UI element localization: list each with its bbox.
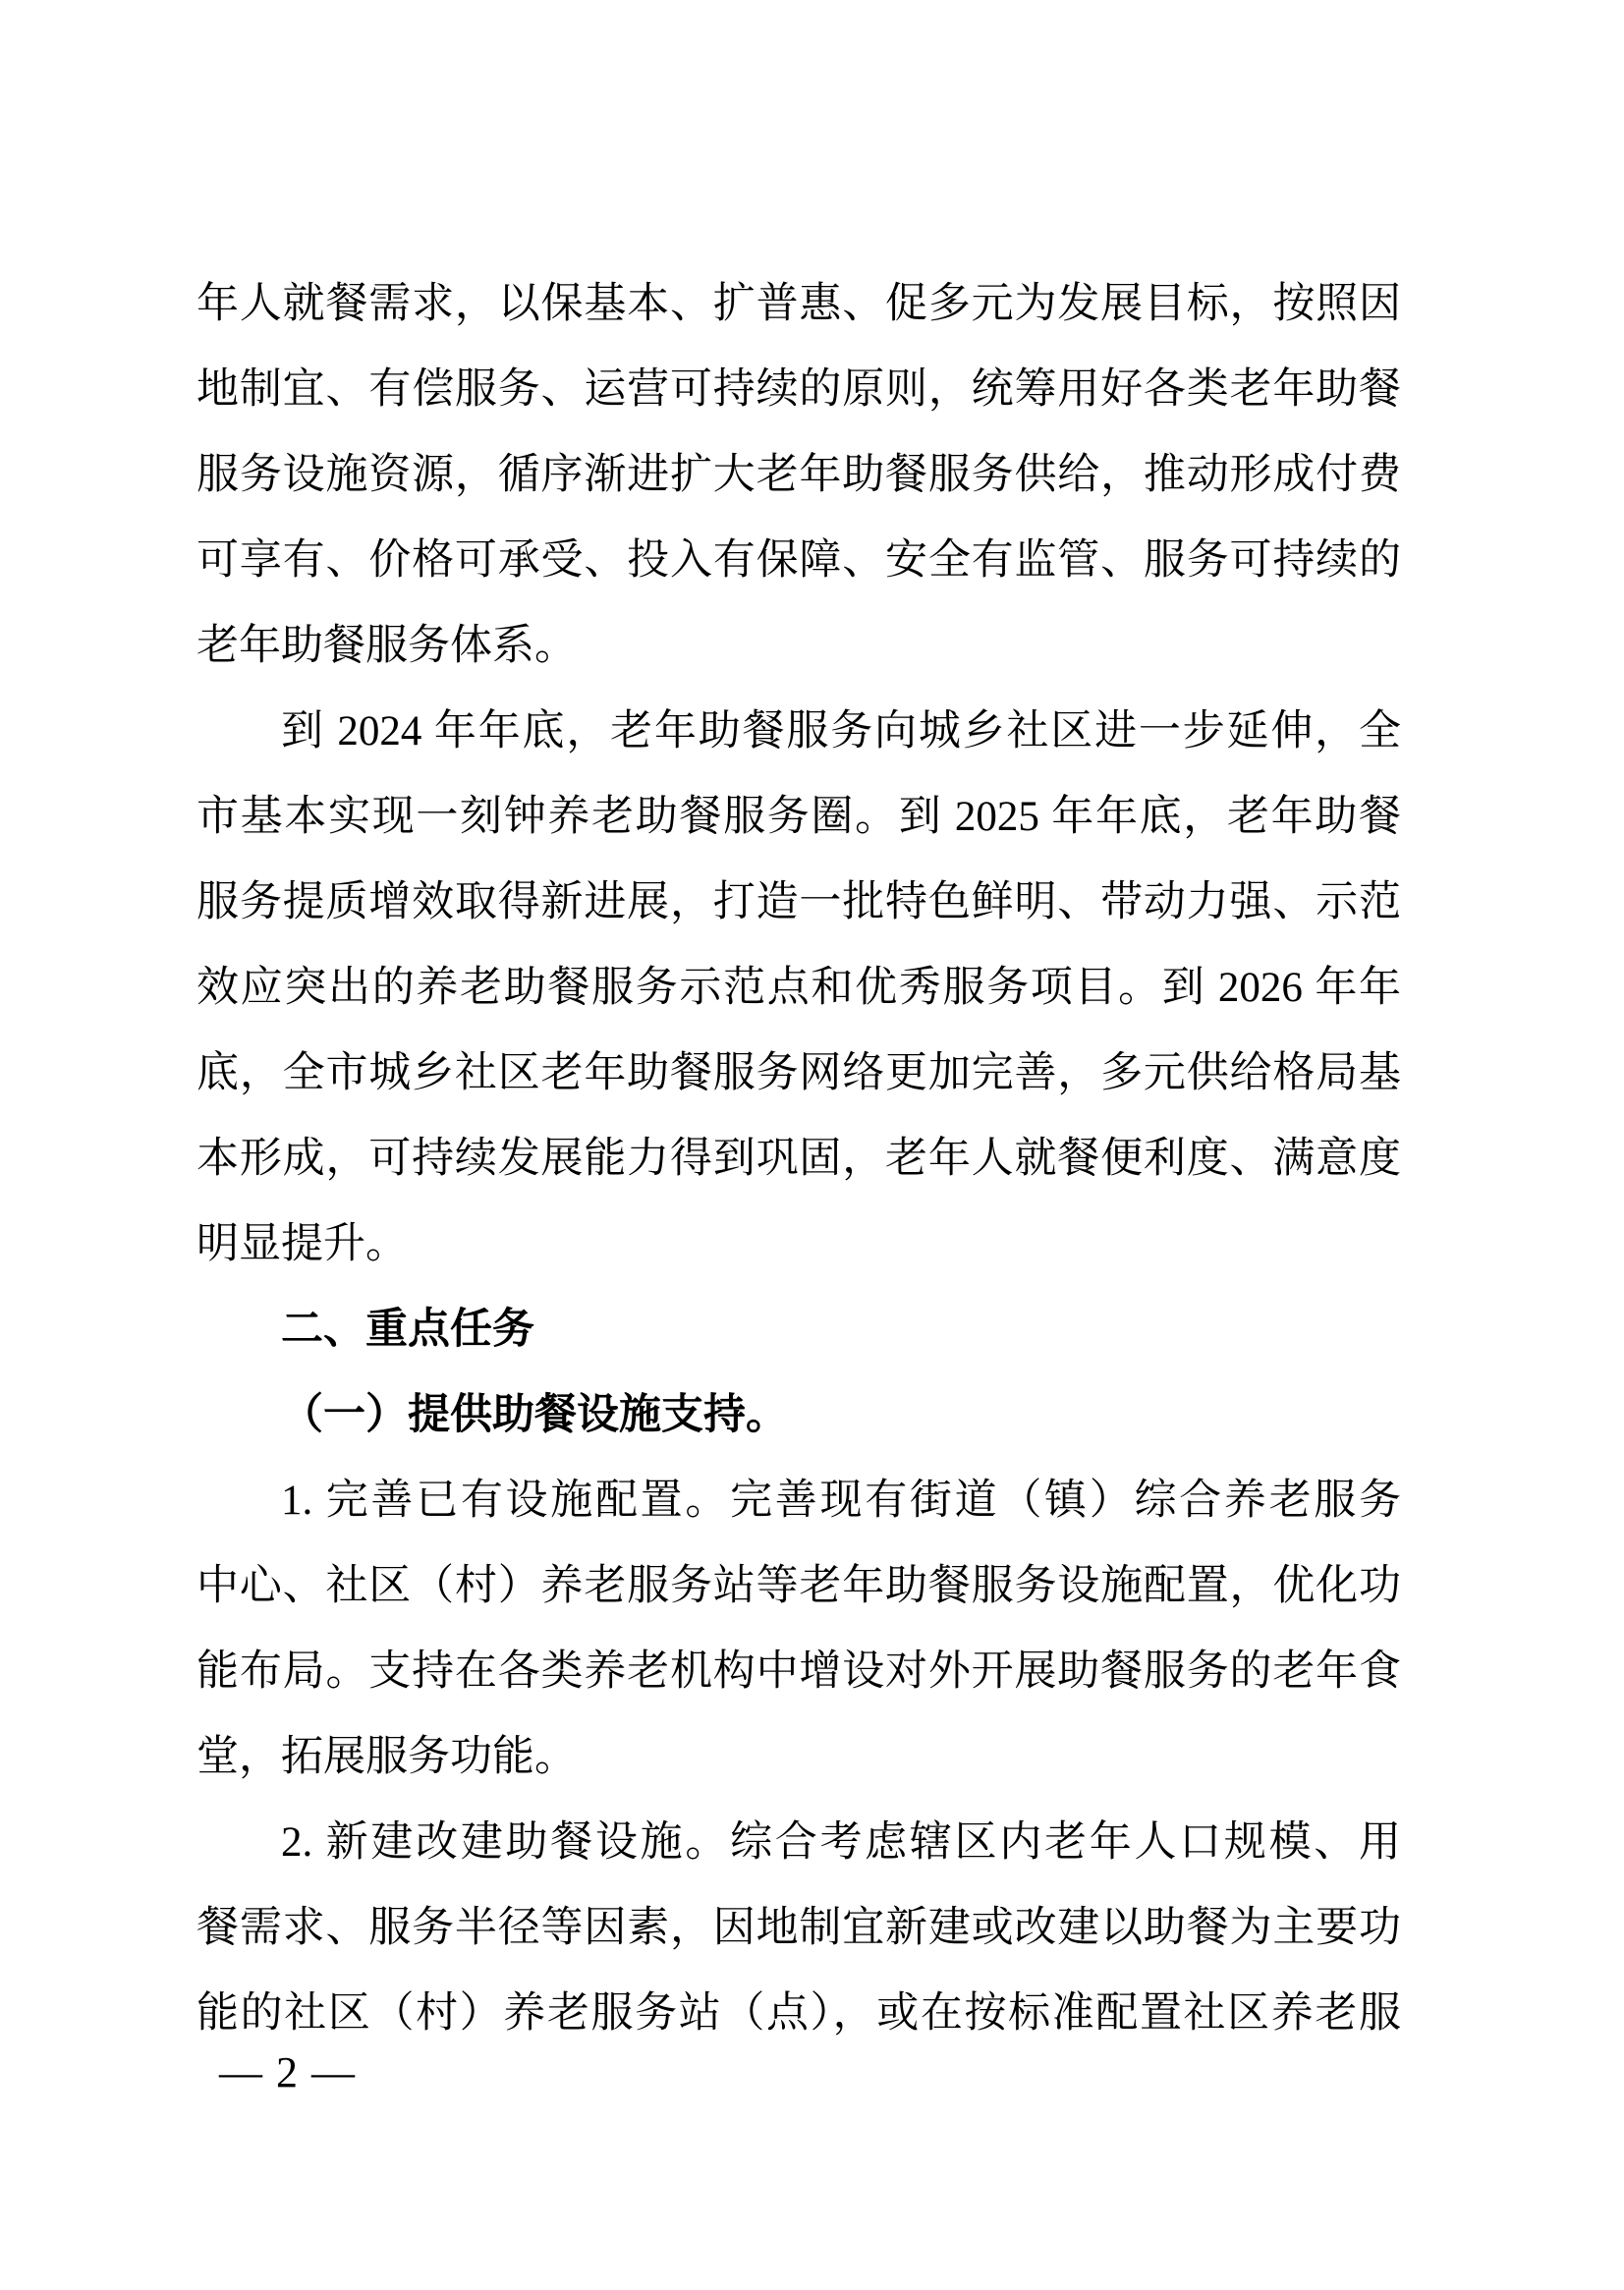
paragraph: 到 2024 年年底，老年助餐服务向城乡社区进一步延伸，全市基本实现一刻钟养老助… xyxy=(196,689,1401,1287)
paragraph: 2. 新建改建助餐设施。综合考虑辖区内老年人口规模、用餐需求、服务半径等因素，因… xyxy=(196,1800,1401,2056)
document-body: 年人就餐需求，以保基本、扩普惠、促多元为发展目标，按照因地制宜、有偿服务、运营可… xyxy=(196,261,1401,2056)
paragraph: 1. 完善已有设施配置。完善现有街道（镇）综合养老服务中心、社区（村）养老服务站… xyxy=(196,1458,1401,1800)
text-line: 底，全市城乡社区老年助餐服务网络更加完善，多元供给格局基 xyxy=(196,1031,1401,1116)
text-line: 中心、社区（村）养老服务站等老年助餐服务设施配置，优化功 xyxy=(196,1543,1401,1629)
paragraph: 二、重点任务 xyxy=(196,1287,1401,1372)
paragraph: （一）提供助餐设施支持。 xyxy=(196,1372,1401,1458)
text-line: 服务提质增效取得新进展，打造一批特色鲜明、带动力强、示范 xyxy=(196,860,1401,945)
text-line: 2. 新建改建助餐设施。综合考虑辖区内老年人口规模、用 xyxy=(196,1800,1401,1885)
text-line: 餐需求、服务半径等因素，因地制宜新建或改建以助餐为主要功 xyxy=(196,1885,1401,1971)
text-line: 能布局。支持在各类养老机构中增设对外开展助餐服务的老年食 xyxy=(196,1629,1401,1714)
document-page: 年人就餐需求，以保基本、扩普惠、促多元为发展目标，按照因地制宜、有偿服务、运营可… xyxy=(0,0,1624,2290)
text-line: 本形成，可持续发展能力得到巩固，老年人就餐便利度、满意度 xyxy=(196,1116,1401,1201)
page-number-dash-right: — xyxy=(311,2048,355,2096)
text-line: 1. 完善已有设施配置。完善现有街道（镇）综合养老服务 xyxy=(196,1458,1401,1543)
page-number: —2— xyxy=(219,2051,355,2095)
text-line: 服务设施资源，循序渐进扩大老年助餐服务供给，推动形成付费 xyxy=(196,432,1401,518)
paragraph: 年人就餐需求，以保基本、扩普惠、促多元为发展目标，按照因地制宜、有偿服务、运营可… xyxy=(196,261,1401,689)
text-line: 明显提升。 xyxy=(196,1201,1401,1287)
text-line: 到 2024 年年底，老年助餐服务向城乡社区进一步延伸，全 xyxy=(196,689,1401,774)
text-line: 能的社区（村）养老服务站（点），或在按标准配置社区养老服 xyxy=(196,1971,1401,2056)
text-line: 效应突出的养老助餐服务示范点和优秀服务项目。到 2026 年年 xyxy=(196,945,1401,1031)
subsection-heading: （一）提供助餐设施支持。 xyxy=(196,1372,1401,1458)
text-line: 可享有、价格可承受、投入有保障、安全有监管、服务可持续的 xyxy=(196,518,1401,603)
page-number-value: 2 xyxy=(276,2048,298,2096)
text-line: 老年助餐服务体系。 xyxy=(196,603,1401,689)
section-heading: 二、重点任务 xyxy=(196,1287,1401,1372)
text-line: 市基本实现一刻钟养老助餐服务圈。到 2025 年年底，老年助餐 xyxy=(196,774,1401,860)
text-line: 地制宜、有偿服务、运营可持续的原则，统筹用好各类老年助餐 xyxy=(196,347,1401,432)
text-line: 年人就餐需求，以保基本、扩普惠、促多元为发展目标，按照因 xyxy=(196,261,1401,347)
page-number-dash-left: — xyxy=(219,2048,262,2096)
text-line: 堂，拓展服务功能。 xyxy=(196,1714,1401,1800)
